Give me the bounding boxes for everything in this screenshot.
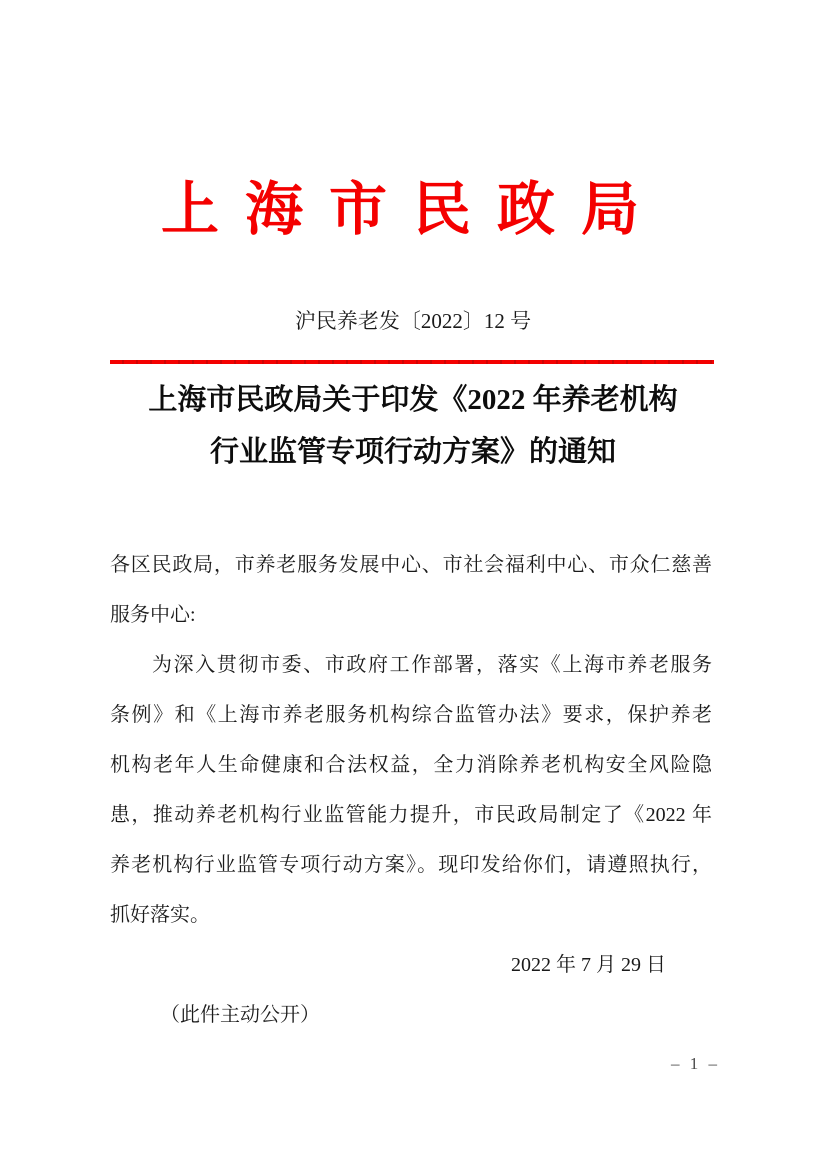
body-line: 抓好落实。 (110, 890, 712, 940)
doc-reference-number: 沪民养老发〔2022〕12 号 (0, 306, 826, 336)
body-line: 条例》和《上海市养老服务机构综合监管办法》要求，保护养老 (110, 690, 712, 740)
body-line: 养老机构行业监管专项行动方案》。现印发给你们，请遵照执行， (110, 840, 712, 890)
disclosure-notice: （此件主动公开） (110, 990, 712, 1040)
doc-title-line-1: 上海市民政局关于印发《2022 年养老机构 (0, 374, 826, 426)
signature-date: 2022 年 7 月 29 日 (110, 940, 712, 990)
body-line: 为深入贯彻市委、市政府工作部署，落实《上海市养老服务 (110, 640, 712, 690)
body-line: 机构老年人生命健康和合法权益，全力消除养老机构安全风险隐 (110, 740, 712, 790)
body-text: 各区民政局，市养老服务发展中心、市社会福利中心、市众仁慈善 服务中心: 为深入贯… (110, 540, 712, 1040)
red-separator-line (110, 360, 714, 364)
body-line: 服务中心: (110, 590, 712, 640)
doc-title-line-2: 行业监管专项行动方案》的通知 (0, 426, 826, 478)
body-line: 各区民政局，市养老服务发展中心、市社会福利中心、市众仁慈善 (110, 540, 712, 590)
body-line: 患，推动养老机构行业监管能力提升，市民政局制定了《2022 年 (110, 790, 712, 840)
document-page: 上海市民政局 沪民养老发〔2022〕12 号 上海市民政局关于印发《2022 年… (0, 0, 826, 1169)
doc-title: 上海市民政局关于印发《2022 年养老机构 行业监管专项行动方案》的通知 (0, 374, 826, 478)
page-number: – 1 – (671, 1053, 720, 1075)
agency-header-title: 上海市民政局 (0, 181, 826, 239)
